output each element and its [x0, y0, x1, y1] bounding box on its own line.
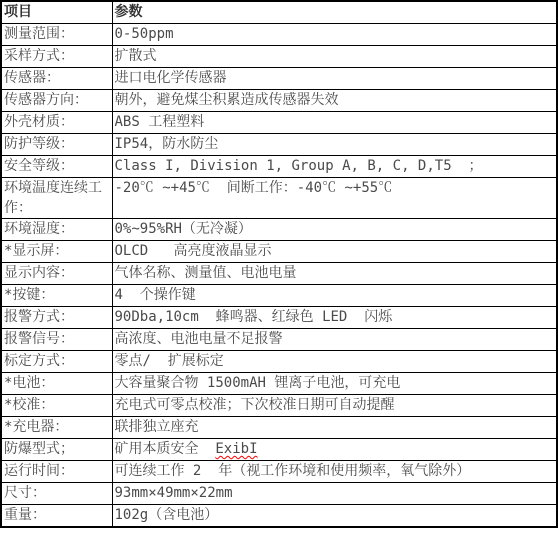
table-row: 外壳材质：ABS 工程塑料	[1, 112, 557, 134]
item-cell: 显示内容：	[1, 263, 112, 285]
item-cell: 运行时间：	[1, 461, 112, 483]
table-row: 环境湿度：0%~95%RH（无冷凝）	[1, 219, 557, 241]
table-row: 标定方式：零点/ 扩展标定	[1, 351, 557, 373]
item-cell: 防爆型式；	[1, 439, 112, 461]
table-row: 重量：102g（含电池）	[1, 505, 557, 528]
item-cell: *校准：	[1, 395, 112, 417]
item-cell: 防护等级：	[1, 134, 112, 156]
table-row: 环境温度连续工作：-20℃ ~+45℃ 间断工作：-40℃ ~+55℃	[1, 178, 557, 219]
spellcheck-underlined-text: ExibI	[215, 441, 257, 457]
table-row: 运行时间：可连续工作 2 年（视工作环境和使用频率，氧气除外）	[1, 461, 557, 483]
table-row: 尺寸：93mm×49mm×22mm	[1, 483, 557, 505]
param-cell: 102g（含电池）	[112, 505, 557, 528]
table-row: *显示屏：OLCD 高亮度液晶显示	[1, 241, 557, 263]
table-row: 防爆型式；矿用本质安全 ExibI	[1, 439, 557, 461]
table-row: *校准：充电式可零点校准；下次校准日期可自动提醒	[1, 395, 557, 417]
header-row: 项目 参数	[1, 1, 557, 24]
param-cell: 90Dba,10cm 蜂鸣器、红绿色 LED 闪烁	[112, 307, 557, 329]
table-row: *充电器：联排独立座充	[1, 417, 557, 439]
param-cell: 4 个操作键	[112, 285, 557, 307]
item-cell: 尺寸：	[1, 483, 112, 505]
param-cell: 可连续工作 2 年（视工作环境和使用频率，氧气除外）	[112, 461, 557, 483]
item-cell: 标定方式：	[1, 351, 112, 373]
item-cell: *充电器：	[1, 417, 112, 439]
param-cell: 充电式可零点校准；下次校准日期可自动提醒	[112, 395, 557, 417]
param-cell: 93mm×49mm×22mm	[112, 483, 557, 505]
header-cell-param: 参数	[112, 1, 557, 24]
param-cell: 高浓度、电池电量不足报警	[112, 329, 557, 351]
param-cell: 扩散式	[112, 46, 557, 68]
spec-table-body: 测量范围：0-50ppm采样方式：扩散式传感器：进口电化学传感器传感器方向：朝外…	[1, 24, 557, 528]
param-cell: 零点/ 扩展标定	[112, 351, 557, 373]
table-row: *按键：4 个操作键	[1, 285, 557, 307]
table-row: 显示内容：气体名称、测量值、电池电量	[1, 263, 557, 285]
item-cell: 外壳材质：	[1, 112, 112, 134]
param-cell: 朝外，避免煤尘积累造成传感器失效	[112, 90, 557, 112]
item-cell: *显示屏：	[1, 241, 112, 263]
table-row: 报警方式：90Dba,10cm 蜂鸣器、红绿色 LED 闪烁	[1, 307, 557, 329]
param-cell: ABS 工程塑料	[112, 112, 557, 134]
table-row: 采样方式：扩散式	[1, 46, 557, 68]
param-cell: 0%~95%RH（无冷凝）	[112, 219, 557, 241]
item-cell: 报警方式：	[1, 307, 112, 329]
param-cell: OLCD 高亮度液晶显示	[112, 241, 557, 263]
param-cell: 进口电化学传感器	[112, 68, 557, 90]
item-cell: *按键：	[1, 285, 112, 307]
spec-table-header: 项目 参数	[1, 1, 557, 24]
item-cell: 采样方式：	[1, 46, 112, 68]
param-cell: IP54，防水防尘	[112, 134, 557, 156]
item-cell: 报警信号：	[1, 329, 112, 351]
param-cell: 联排独立座充	[112, 417, 557, 439]
table-row: 防护等级：IP54，防水防尘	[1, 134, 557, 156]
param-cell: -20℃ ~+45℃ 间断工作：-40℃ ~+55℃	[112, 178, 557, 219]
item-cell: 环境温度连续工作：	[1, 178, 112, 219]
item-cell: 环境湿度：	[1, 219, 112, 241]
param-cell: 0-50ppm	[112, 24, 557, 46]
document-page: { "colors": { "border": "#000000", "text…	[0, 0, 558, 533]
item-cell: 重量：	[1, 505, 112, 528]
header-cell-item: 项目	[1, 1, 112, 24]
item-cell: 传感器：	[1, 68, 112, 90]
param-cell: Class I, Division 1, Group A, B, C, D,T5…	[112, 156, 557, 178]
param-cell: 矿用本质安全 ExibI	[112, 439, 557, 461]
item-cell: 传感器方向：	[1, 90, 112, 112]
item-cell: 安全等级：	[1, 156, 112, 178]
spec-table: 项目 参数 测量范围：0-50ppm采样方式：扩散式传感器：进口电化学传感器传感…	[0, 0, 558, 528]
item-cell: *电池：	[1, 373, 112, 395]
table-row: *电池：大容量聚合物 1500mAH 锂离子电池，可充电	[1, 373, 557, 395]
table-row: 传感器方向：朝外，避免煤尘积累造成传感器失效	[1, 90, 557, 112]
param-cell: 大容量聚合物 1500mAH 锂离子电池，可充电	[112, 373, 557, 395]
table-row: 测量范围：0-50ppm	[1, 24, 557, 46]
table-row: 传感器：进口电化学传感器	[1, 68, 557, 90]
param-cell: 气体名称、测量值、电池电量	[112, 263, 557, 285]
table-row: 安全等级：Class I, Division 1, Group A, B, C,…	[1, 156, 557, 178]
table-row: 报警信号：高浓度、电池电量不足报警	[1, 329, 557, 351]
item-cell: 测量范围：	[1, 24, 112, 46]
